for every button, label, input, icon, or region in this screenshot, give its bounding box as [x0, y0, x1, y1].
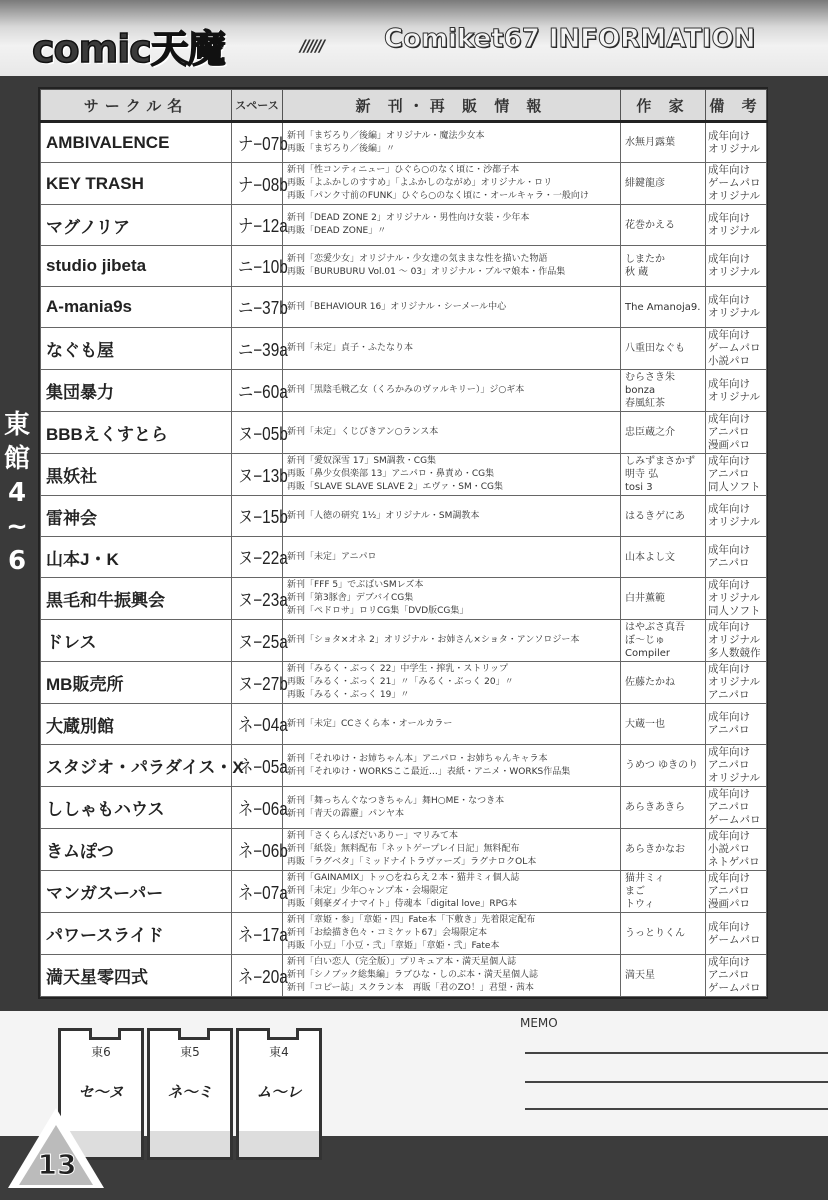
- release-info-line: 新刊「ペドロサ」ロリCG集「DVD版CG集」: [287, 605, 616, 618]
- release-info-line: 再販「SLAVE SLAVE SLAVE 2」エヴァ・SM・CG集: [287, 481, 616, 494]
- side-label-char: 東: [0, 408, 34, 442]
- notes-line: ゲームパロ: [708, 814, 764, 827]
- author-name-line: 明寺 弘: [625, 468, 701, 481]
- notes: 成年向けアニパロゲームパロ: [706, 787, 767, 829]
- author-name: 佐藤たかね: [621, 662, 706, 704]
- notes-line: ゲームパロ: [708, 982, 764, 995]
- space-number: ネ−06b: [235, 829, 278, 871]
- notes-line: 成年向け: [708, 455, 764, 468]
- release-info: 新刊「GAINAMIX」トッ○をねらえ２本・猫井ミィ個人誌新刊「未定」少年○ャン…: [283, 871, 621, 913]
- release-info-line: 新刊「それゆけ・WORKSここ最近…」表紙・アニメ・WORKS作品集: [287, 766, 616, 779]
- release-info: 新刊「さくらんぼだいありー」マリみて本新刊「紙袋」無料配布「ネットゲープレイ日記…: [283, 829, 621, 871]
- notes: 成年向けアニパロオリジナル: [706, 745, 767, 787]
- author-name-line: 八重田なぐも: [625, 342, 701, 355]
- table-row: KEY TRASHナ−08b新刊「性コンティニュー」ひぐら○のなく頃に・沙都子本…: [41, 163, 767, 205]
- table-row: 黒毛和牛振興会ヌ−23a新刊「FFF 5」でぶばいSMレズ本新刊「第3豚舎」デブ…: [41, 578, 767, 620]
- notes-line: ネトゲパロ: [708, 856, 764, 869]
- release-info-line: 新刊「お絵描き色々・コミケット67」会場限定本: [287, 927, 616, 940]
- notes: 成年向けオリジナルアニパロ: [706, 662, 767, 704]
- author-name-line: 花巻かえる: [625, 219, 701, 232]
- notes: 成年向けオリジナル: [706, 246, 767, 287]
- release-info: 新刊「みるく・ぶっく 22」中学生・搾乳・ストリップ再販「みるく・ぶっく 21」…: [283, 662, 621, 704]
- table-row: マグノリアナ−12a新刊「DEAD ZONE 2」オリジナル・男性向け女装・少年…: [41, 205, 767, 246]
- circle-name: ししゃもハウス: [41, 787, 232, 829]
- space-number: ヌ−27b: [235, 662, 278, 704]
- table-row: ドレスヌ−25a新刊「ショタ×オネ 2」オリジナル・お姉さん×ショタ・アンソロジ…: [41, 620, 767, 662]
- memo-label: MEMO: [520, 1016, 558, 1030]
- notes-line: 成年向け: [708, 212, 764, 225]
- notes-line: アニパロ: [708, 557, 764, 570]
- author-name-line: 水無月露葉: [625, 136, 701, 149]
- notes-line: アニパロ: [708, 724, 764, 737]
- author-name-line: むらさき朱: [625, 371, 701, 384]
- release-info-line: 新刊「シノブック総集編」ラブひな・しのぶ本・満天星個人誌: [287, 969, 616, 982]
- table-row: ししゃもハウスネ−06a新刊「舞っちんぐなつきちゃん」舞H○ME・なつき本新刊「…: [41, 787, 767, 829]
- circle-name: 集団暴力: [41, 370, 232, 412]
- notes-line: 成年向け: [708, 378, 764, 391]
- notes-line: ゲームパロ: [708, 177, 764, 190]
- hall-map-east5: 東5 ネ〜ミ: [147, 1028, 233, 1160]
- release-info-line: 再販「まぢろり／後編」〃: [287, 143, 616, 156]
- author-name: はやぶさ真吾ぼ〜じゅCompiler: [621, 620, 706, 662]
- release-info-line: 新刊「青天の霹靂」パンヤ本: [287, 808, 616, 821]
- author-name: 水無月露葉: [621, 122, 706, 163]
- space-number: ニ−39a: [235, 328, 278, 370]
- circle-name: 山本J・K: [41, 537, 232, 578]
- space-number: ナ−08b: [235, 163, 278, 205]
- release-info-line: 再販「DEAD ZONE」〃: [287, 225, 616, 238]
- circle-name: A-mania9s: [41, 287, 232, 328]
- author-name: 山本よし文: [621, 537, 706, 578]
- release-info-line: 新刊「未定」アニパロ: [287, 551, 616, 564]
- release-info-line: 再販「BURUBURU Vol.01 〜 03」オリジナル・ブルマ娘本・作品集: [287, 266, 616, 279]
- author-name: 白井薫範: [621, 578, 706, 620]
- release-info-line: 新刊「未定」CCさくら本・オールカラー: [287, 718, 616, 731]
- page-number: 13: [22, 1148, 92, 1181]
- space-number: ネ−04a: [235, 704, 278, 745]
- notes-line: アニパロ: [708, 426, 764, 439]
- notes: 成年向けゲームパロ: [706, 913, 767, 955]
- author-name: 猫井ミィまごトウィ: [621, 871, 706, 913]
- notes-line: 成年向け: [708, 663, 764, 676]
- release-info-line: 新刊「黒陰毛戦乙女（くろかみのヴァルキリー）」ジ○ギ本: [287, 384, 616, 397]
- release-info-line: 再販「パンク寸前のFUNK」ひぐら○のなく頃に・オールキャラ・一般向け: [287, 190, 616, 203]
- release-info: 新刊「BEHAVIOUR 16」オリジナル・シーメール中心: [283, 287, 621, 328]
- notes-line: ゲームパロ: [708, 342, 764, 355]
- space-number: ネ−17a: [235, 913, 278, 955]
- notes-line: 成年向け: [708, 788, 764, 801]
- notes-line: 同人ソフト: [708, 481, 764, 494]
- notes-line: オリジナル: [708, 772, 764, 785]
- table-row: AMBIVALENCEナ−07b新刊「まぢろり／後編」オリジナル・魔法少女本再販…: [41, 122, 767, 163]
- notes-line: オリジナル: [708, 266, 764, 279]
- author-name-line: 秋 蔵: [625, 266, 701, 279]
- table-row: マンガスーパーネ−07a新刊「GAINAMIX」トッ○をねらえ２本・猫井ミィ個人…: [41, 871, 767, 913]
- author-name-line: はやぶさ真吾: [625, 621, 701, 634]
- space-number: ナ−07b: [235, 122, 278, 163]
- release-info-line: 新刊「舞っちんぐなつきちゃん」舞H○ME・なつき本: [287, 795, 616, 808]
- author-name: 満天星: [621, 955, 706, 997]
- release-info: 新刊「人徳の研究 1½」オリジナル・SM調教本: [283, 496, 621, 537]
- notes-line: オリジナル: [708, 676, 764, 689]
- release-info: 新刊「未定」くじびきアン○ランス本: [283, 412, 621, 454]
- release-info-line: 新刊「FFF 5」でぶばいSMレズ本: [287, 579, 616, 592]
- release-info: 新刊「まぢろり／後編」オリジナル・魔法少女本再販「まぢろり／後編」〃: [283, 122, 621, 163]
- author-name: しみずまさかず明寺 弘tosi 3: [621, 454, 706, 496]
- author-name: 大蔵一也: [621, 704, 706, 745]
- table-row: 雷神会ヌ−15b新刊「人徳の研究 1½」オリジナル・SM調教本はるきゲにあ成年向…: [41, 496, 767, 537]
- space-number: ヌ−25a: [235, 620, 278, 662]
- header-circle: サークル名: [41, 90, 232, 122]
- notes-line: 成年向け: [708, 294, 764, 307]
- table-row: MB販売所ヌ−27b新刊「みるく・ぶっく 22」中学生・搾乳・ストリップ再販「み…: [41, 662, 767, 704]
- hall-side-label: 東 館 4 ~ 6: [0, 408, 34, 578]
- table-row: 大蔵別館ネ−04a新刊「未定」CCさくら本・オールカラー大蔵一也成年向けアニパロ: [41, 704, 767, 745]
- notes-line: 漫画パロ: [708, 439, 764, 452]
- notes: 成年向け小説パロネトゲパロ: [706, 829, 767, 871]
- release-info: 新刊「愛奴深雪 17」SM調教・CG集再販「鼻少女倶楽部 13」アニパロ・鼻責め…: [283, 454, 621, 496]
- circle-name: なぐも屋: [41, 328, 232, 370]
- notes-line: 成年向け: [708, 711, 764, 724]
- notes: 成年向けアニパロ: [706, 537, 767, 578]
- circle-name: スタジオ・パラダイス・X: [41, 745, 232, 787]
- notes: 成年向けオリジナル多人数競作: [706, 620, 767, 662]
- release-info-line: 新刊「さくらんぼだいありー」マリみて本: [287, 830, 616, 843]
- notes-line: 成年向け: [708, 253, 764, 266]
- notes-line: 成年向け: [708, 413, 764, 426]
- notes: 成年向けオリジナル: [706, 205, 767, 246]
- hall-range: ネ〜ミ: [150, 1081, 230, 1102]
- table-row: studio jibetaニ−10b新刊「恋愛少女」オリジナル・少女達の気ままな…: [41, 246, 767, 287]
- release-info-line: 新刊「未定」貞子・ふたなり本: [287, 342, 616, 355]
- circle-name: MB販売所: [41, 662, 232, 704]
- author-name-line: bonza: [625, 384, 701, 397]
- release-info-line: 再販「みるく・ぶっく 21」〃「みるく・ぶっく 20」〃: [287, 676, 616, 689]
- table-row: 満天星零四式ネ−20a新刊「白い恋人（完全版）」プリキュア本・満天星個人誌新刊「…: [41, 955, 767, 997]
- author-name-line: まご: [625, 885, 701, 898]
- table-row: パワースライドネ−17a新刊「章姫・参」「章姫・四」Fate本「下敷き」先着限定…: [41, 913, 767, 955]
- circle-name: マンガスーパー: [41, 871, 232, 913]
- author-name-line: 猫井ミィ: [625, 872, 701, 885]
- notes: 成年向けオリジナル: [706, 496, 767, 537]
- author-name-line: ぼ〜じゅ: [625, 634, 701, 647]
- author-name: 忠臣蔵之介: [621, 412, 706, 454]
- notes-line: 小説パロ: [708, 843, 764, 856]
- release-info-line: 再販「よふかしのすすめ」「よふかしのながめ」オリジナル・ロリ: [287, 177, 616, 190]
- author-name-line: あらきかなお: [625, 843, 701, 856]
- notes-line: アニパロ: [708, 801, 764, 814]
- space-number: ナ−12a: [235, 205, 278, 246]
- circle-name: ドレス: [41, 620, 232, 662]
- table-row: 集団暴力ニ−60a新刊「黒陰毛戦乙女（くろかみのヴァルキリー）」ジ○ギ本むらさき…: [41, 370, 767, 412]
- notes-line: 成年向け: [708, 746, 764, 759]
- author-name-line: はるきゲにあ: [625, 510, 701, 523]
- notes: 成年向けゲームパロオリジナル: [706, 163, 767, 205]
- author-name-line: しまたか: [625, 253, 701, 266]
- release-info-line: 新刊「紙袋」無料配布「ネットゲープレイ日記」無料配布: [287, 843, 616, 856]
- page-title: Comiket67 INFORMATION: [384, 24, 755, 54]
- table-row: BBBえくすとらヌ−05b新刊「未定」くじびきアン○ランス本忠臣蔵之介成年向けア…: [41, 412, 767, 454]
- author-name-line: 大蔵一也: [625, 718, 701, 731]
- author-name: あらきかなお: [621, 829, 706, 871]
- author-name-line: 山本よし文: [625, 551, 701, 564]
- notes-line: アニパロ: [708, 969, 764, 982]
- memo-line: [525, 1108, 828, 1110]
- release-info-line: 新刊「恋愛少女」オリジナル・少女達の気ままな性を描いた物語: [287, 253, 616, 266]
- table-row: 山本J・Kヌ−22a新刊「未定」アニパロ山本よし文成年向けアニパロ: [41, 537, 767, 578]
- author-name: しまたか秋 蔵: [621, 246, 706, 287]
- release-info: 新刊「DEAD ZONE 2」オリジナル・男性向け女装・少年本再販「DEAD Z…: [283, 205, 621, 246]
- release-info: 新刊「未定」貞子・ふたなり本: [283, 328, 621, 370]
- circle-info-table: サークル名 スペース 新 刊・再 販 情 報 作 家 備 考 AMBIVALEN…: [38, 87, 768, 999]
- notes-line: オリジナル: [708, 225, 764, 238]
- decorative-slashes: //////: [300, 36, 323, 55]
- notes-line: オリジナル: [708, 307, 764, 320]
- space-number: ネ−05a: [235, 745, 278, 787]
- notes-line: 成年向け: [708, 621, 764, 634]
- side-label-char: 6: [0, 544, 34, 578]
- notes: 成年向けオリジナル: [706, 287, 767, 328]
- release-info-line: 新刊「それゆけ・お姉ちゃん本」アニパロ・お姉ちゃんキャラ本: [287, 753, 616, 766]
- notes: 成年向けアニパロ漫画パロ: [706, 412, 767, 454]
- circle-name: マグノリア: [41, 205, 232, 246]
- release-info-line: 新刊「第3豚舎」デブバイCG集: [287, 592, 616, 605]
- notes-line: 成年向け: [708, 830, 764, 843]
- release-info-line: 再販「剣豪ダイナマイト」侍魂本「digital love」RPG本: [287, 898, 616, 911]
- notes-line: 成年向け: [708, 579, 764, 592]
- table-row: A-mania9sニ−37b新刊「BEHAVIOUR 16」オリジナル・シーメー…: [41, 287, 767, 328]
- author-name-line: 忠臣蔵之介: [625, 426, 701, 439]
- release-info-line: 新刊「まぢろり／後編」オリジナル・魔法少女本: [287, 130, 616, 143]
- notes-line: オリジナル: [708, 592, 764, 605]
- space-number: ニ−37b: [235, 287, 278, 328]
- circle-name: 満天星零四式: [41, 955, 232, 997]
- space-number: ネ−07a: [235, 871, 278, 913]
- notes-line: アニパロ: [708, 468, 764, 481]
- release-info-line: 新刊「未定」少年○ャンプ本・会場限定: [287, 885, 616, 898]
- notes: 成年向けアニパロ: [706, 704, 767, 745]
- release-info-line: 新刊「BEHAVIOUR 16」オリジナル・シーメール中心: [287, 301, 616, 314]
- hall-name: 東4: [239, 1043, 319, 1060]
- author-name-line: しみずまさかず: [625, 455, 701, 468]
- space-number: ヌ−23a: [235, 578, 278, 620]
- circle-name: KEY TRASH: [41, 163, 232, 205]
- author-name-line: Compiler: [625, 647, 701, 660]
- notes-line: 成年向け: [708, 130, 764, 143]
- notes: 成年向けアニパロ漫画パロ: [706, 871, 767, 913]
- notes-line: 成年向け: [708, 921, 764, 934]
- author-name-line: うめつ ゆきのり: [625, 759, 701, 772]
- release-info-line: 新刊「白い恋人（完全版）」プリキュア本・満天星個人誌: [287, 956, 616, 969]
- notes-line: オリジナル: [708, 634, 764, 647]
- table-row: スタジオ・パラダイス・Xネ−05a新刊「それゆけ・お姉ちゃん本」アニパロ・お姉ち…: [41, 745, 767, 787]
- author-name-line: tosi 3: [625, 481, 701, 494]
- release-info-line: 新刊「愛奴深雪 17」SM調教・CG集: [287, 455, 616, 468]
- side-label-char: 館: [0, 442, 34, 476]
- notes-line: 同人ソフト: [708, 605, 764, 618]
- author-name: うめつ ゆきのり: [621, 745, 706, 787]
- space-number: ネ−20a: [235, 955, 278, 997]
- release-info-line: 新刊「性コンティニュー」ひぐら○のなく頃に・沙都子本: [287, 164, 616, 177]
- notes-line: 小説パロ: [708, 355, 764, 368]
- author-name-line: あらきあきら: [625, 801, 701, 814]
- notes: 成年向けオリジナル: [706, 370, 767, 412]
- hall-range: ム〜レ: [239, 1081, 319, 1102]
- release-info-line: 新刊「未定」くじびきアン○ランス本: [287, 426, 616, 439]
- table-header-row: サークル名 スペース 新 刊・再 販 情 報 作 家 備 考: [41, 90, 767, 122]
- release-info: 新刊「舞っちんぐなつきちゃん」舞H○ME・なつき本新刊「青天の霹靂」パンヤ本: [283, 787, 621, 829]
- header-author: 作 家: [621, 90, 706, 122]
- hall-range: セ〜ヌ: [61, 1081, 141, 1102]
- header-space: スペース: [232, 90, 283, 122]
- notes: 成年向けアニパロ同人ソフト: [706, 454, 767, 496]
- header-info: 新 刊・再 販 情 報: [283, 90, 621, 122]
- release-info-line: 再販「みるく・ぶっく 19」〃: [287, 689, 616, 702]
- release-info-line: 再販「小豆」「小豆・弐」「章姫」「章姫・弐」Fate本: [287, 940, 616, 953]
- notes-line: ゲームパロ: [708, 934, 764, 947]
- notes-line: 成年向け: [708, 956, 764, 969]
- release-info: 新刊「性コンティニュー」ひぐら○のなく頃に・沙都子本再販「よふかしのすすめ」「よ…: [283, 163, 621, 205]
- notes: 成年向けゲームパロ小説パロ: [706, 328, 767, 370]
- notes-line: オリジナル: [708, 516, 764, 529]
- release-info: 新刊「未定」アニパロ: [283, 537, 621, 578]
- author-name: 八重田なぐも: [621, 328, 706, 370]
- notes-line: 成年向け: [708, 872, 764, 885]
- author-name: 緋鍵龍彦: [621, 163, 706, 205]
- author-name-line: 春風紅茶: [625, 397, 701, 410]
- notes-line: 成年向け: [708, 544, 764, 557]
- space-number: ヌ−13b: [235, 454, 278, 496]
- notes-line: アニパロ: [708, 689, 764, 702]
- hall-name: 東6: [61, 1043, 141, 1060]
- memo-line: [525, 1081, 828, 1083]
- circle-name: 黒妖社: [41, 454, 232, 496]
- author-name: あらきあきら: [621, 787, 706, 829]
- notes-line: オリジナル: [708, 391, 764, 404]
- memo-line: [525, 1052, 828, 1054]
- release-info-line: 新刊「みるく・ぶっく 22」中学生・搾乳・ストリップ: [287, 663, 616, 676]
- page-header: comic天魔 ////// Comiket67 INFORMATION: [0, 0, 828, 76]
- author-name: The Amanoja9.: [621, 287, 706, 328]
- notes-line: オリジナル: [708, 190, 764, 203]
- release-info-line: 新刊「コピー誌」スクラン本 再販「君のZO！」君望・茜本: [287, 982, 616, 995]
- author-name-line: The Amanoja9.: [625, 301, 701, 314]
- notes-line: 成年向け: [708, 503, 764, 516]
- space-number: ネ−06a: [235, 787, 278, 829]
- circle-name: パワースライド: [41, 913, 232, 955]
- author-name-line: 緋鍵龍彦: [625, 177, 701, 190]
- release-info: 新刊「FFF 5」でぶばいSMレズ本新刊「第3豚舎」デブバイCG集新刊「ペドロサ…: [283, 578, 621, 620]
- notes-line: 漫画パロ: [708, 898, 764, 911]
- table-row: 黒妖社ヌ−13b新刊「愛奴深雪 17」SM調教・CG集再販「鼻少女倶楽部 13」…: [41, 454, 767, 496]
- release-info-line: 再販「鼻少女倶楽部 13」アニパロ・鼻責め・CG集: [287, 468, 616, 481]
- circle-name: BBBえくすとら: [41, 412, 232, 454]
- author-name: はるきゲにあ: [621, 496, 706, 537]
- author-name-line: 佐藤たかね: [625, 676, 701, 689]
- author-name-line: 満天星: [625, 969, 701, 982]
- notes-line: 成年向け: [708, 164, 764, 177]
- author-name-line: トウィ: [625, 898, 701, 911]
- release-info: 新刊「黒陰毛戦乙女（くろかみのヴァルキリー）」ジ○ギ本: [283, 370, 621, 412]
- author-name-line: 白井薫範: [625, 592, 701, 605]
- release-info-line: 新刊「人徳の研究 1½」オリジナル・SM調教本: [287, 510, 616, 523]
- circle-name: studio jibeta: [41, 246, 232, 287]
- release-info: 新刊「未定」CCさくら本・オールカラー: [283, 704, 621, 745]
- notes: 成年向けアニパロゲームパロ: [706, 955, 767, 997]
- release-info: 新刊「章姫・参」「章姫・四」Fate本「下敷き」先着限定配布新刊「お絵描き色々・…: [283, 913, 621, 955]
- notes-line: オリジナル: [708, 143, 764, 156]
- author-name: 花巻かえる: [621, 205, 706, 246]
- circle-name: 雷神会: [41, 496, 232, 537]
- circle-name: 黒毛和牛振興会: [41, 578, 232, 620]
- notes-line: アニパロ: [708, 885, 764, 898]
- release-info-line: 新刊「DEAD ZONE 2」オリジナル・男性向け女装・少年本: [287, 212, 616, 225]
- magazine-logo: comic天魔: [32, 18, 225, 73]
- side-label-char: ~: [0, 510, 34, 544]
- side-label-char: 4: [0, 476, 34, 510]
- release-info: 新刊「ショタ×オネ 2」オリジナル・お姉さん×ショタ・アンソロジー本: [283, 620, 621, 662]
- notes: 成年向けオリジナル同人ソフト: [706, 578, 767, 620]
- hall-name: 東5: [150, 1043, 230, 1060]
- circle-name: きムぽつ: [41, 829, 232, 871]
- release-info-line: 新刊「章姫・参」「章姫・四」Fate本「下敷き」先着限定配布: [287, 914, 616, 927]
- release-info-line: 再販「ラグベタ」「ミッドナイトラヴァーズ」ラグナロクOL本: [287, 856, 616, 869]
- release-info: 新刊「白い恋人（完全版）」プリキュア本・満天星個人誌新刊「シノブック総集編」ラブ…: [283, 955, 621, 997]
- release-info-line: 新刊「GAINAMIX」トッ○をねらえ２本・猫井ミィ個人誌: [287, 872, 616, 885]
- space-number: ヌ−22a: [235, 537, 278, 578]
- circle-name: 大蔵別館: [41, 704, 232, 745]
- author-name-line: うっとりくん: [625, 927, 701, 940]
- notes: 成年向けオリジナル: [706, 122, 767, 163]
- space-number: ニ−60a: [235, 370, 278, 412]
- space-number: ニ−10b: [235, 246, 278, 287]
- table-row: きムぽつネ−06b新刊「さくらんぼだいありー」マリみて本新刊「紙袋」無料配布「ネ…: [41, 829, 767, 871]
- author-name: うっとりくん: [621, 913, 706, 955]
- table-row: なぐも屋ニ−39a新刊「未定」貞子・ふたなり本八重田なぐも成年向けゲームパロ小説…: [41, 328, 767, 370]
- notes-line: 成年向け: [708, 329, 764, 342]
- notes-line: アニパロ: [708, 759, 764, 772]
- circle-name: AMBIVALENCE: [41, 122, 232, 163]
- notes-line: 多人数競作: [708, 647, 764, 660]
- header-notes: 備 考: [706, 90, 767, 122]
- space-number: ヌ−05b: [235, 412, 278, 454]
- hall-map-east4: 東4 ム〜レ: [236, 1028, 322, 1160]
- release-info-line: 新刊「ショタ×オネ 2」オリジナル・お姉さん×ショタ・アンソロジー本: [287, 634, 616, 647]
- space-number: ヌ−15b: [235, 496, 278, 537]
- release-info: 新刊「恋愛少女」オリジナル・少女達の気ままな性を描いた物語再販「BURUBURU…: [283, 246, 621, 287]
- author-name: むらさき朱bonza春風紅茶: [621, 370, 706, 412]
- release-info: 新刊「それゆけ・お姉ちゃん本」アニパロ・お姉ちゃんキャラ本新刊「それゆけ・WOR…: [283, 745, 621, 787]
